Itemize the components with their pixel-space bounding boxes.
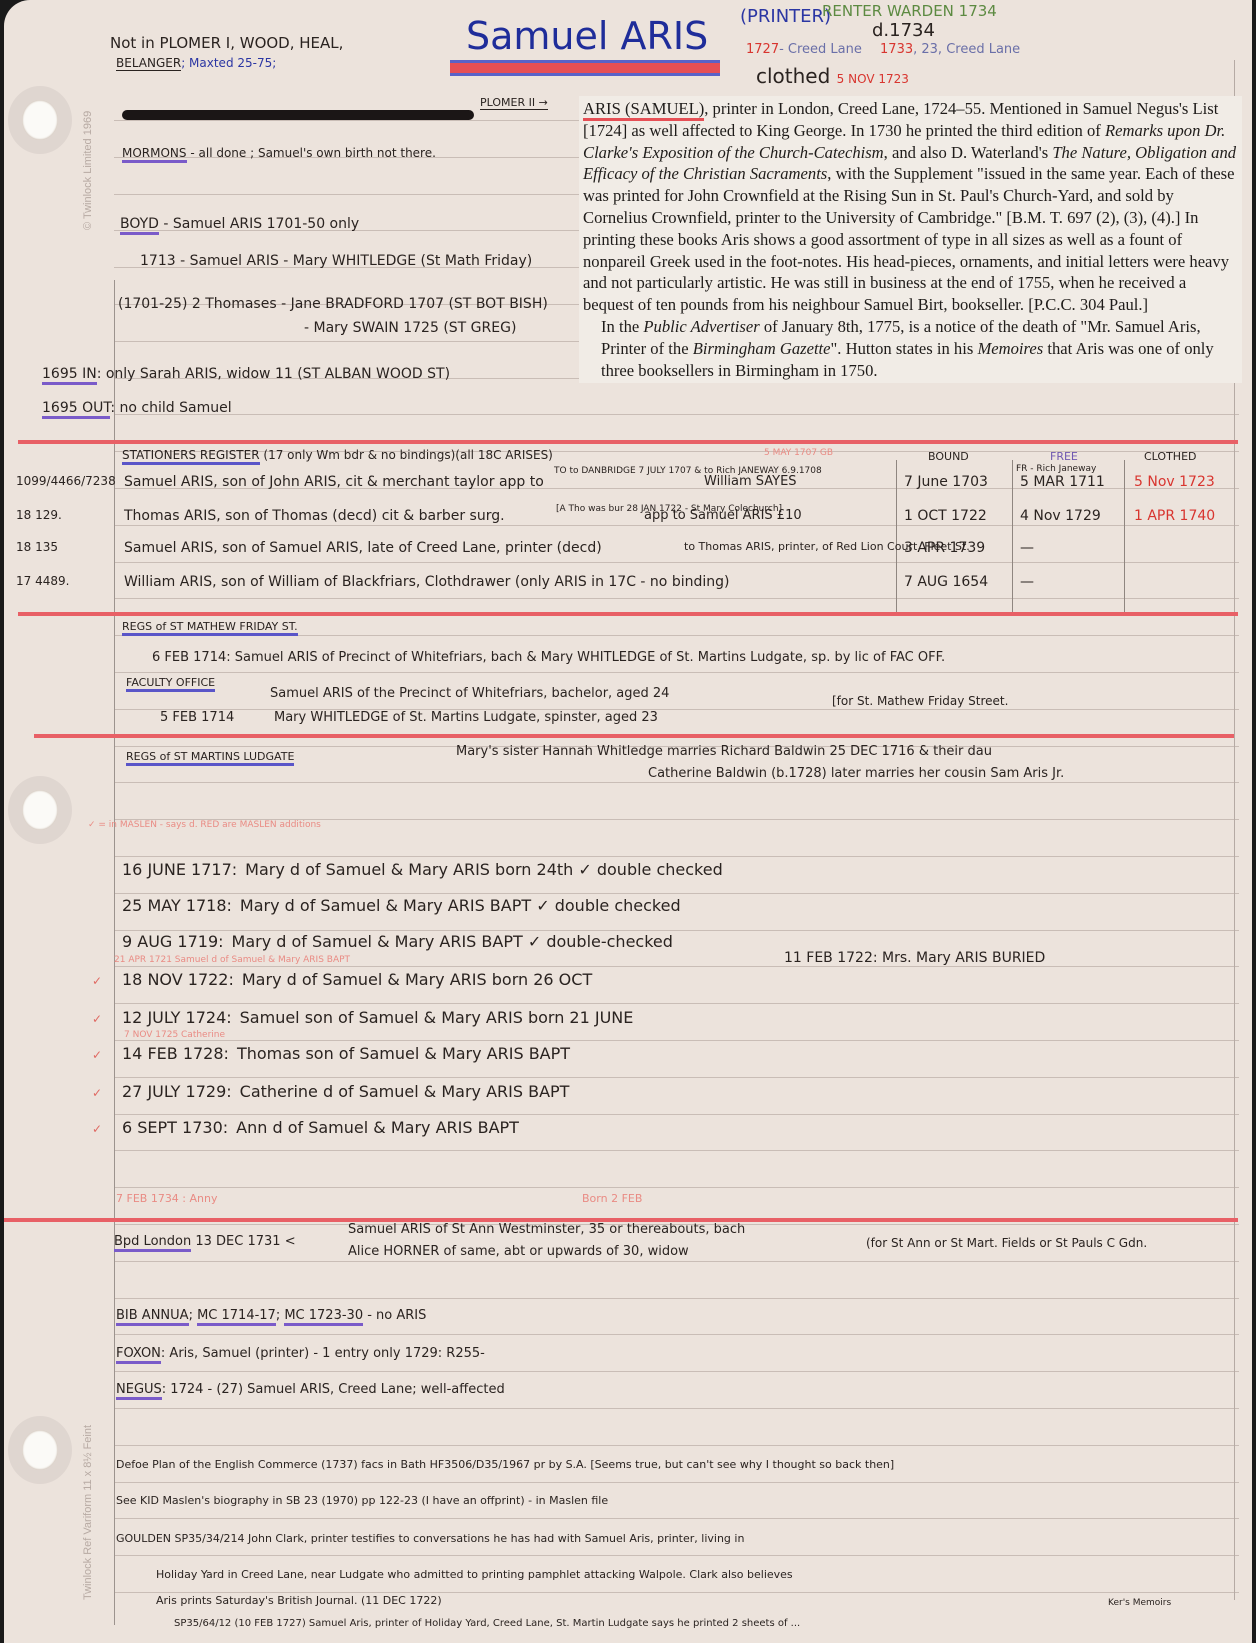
section-divider [18, 612, 1238, 616]
ruled-line [114, 1187, 1239, 1188]
baptism-date: 16 JUNE 1717: [122, 860, 237, 879]
col-free: FREE [1050, 450, 1078, 463]
maslen-note: ✓ = in MASLEN - says d. RED are MASLEN a… [88, 820, 321, 830]
ruled-line [114, 1371, 1239, 1372]
baptism-entry: 14 FEB 1728:Thomas son of Samuel & Mary … [122, 1044, 570, 1063]
baptism-text: Mary d of Samuel & Mary ARIS born 24th ✓… [245, 860, 723, 879]
red-insert-1725: 7 NOV 1725 Catherine [124, 1030, 225, 1040]
census-1695-in-label: 1695 IN [42, 366, 97, 385]
stationers-cell: William SAYES [704, 474, 797, 489]
ruled-line [114, 1482, 1239, 1483]
baptism-text: Ann d of Samuel & Mary ARIS BAPT [236, 1118, 519, 1137]
clothed-date: 5 NOV 1723 [837, 72, 909, 86]
bib-mc2: MC 1723-30 [284, 1308, 363, 1326]
address-creed-lane: - Creed Lane [779, 42, 862, 57]
baptism-entry: 25 MAY 1718:Mary d of Samuel & Mary ARIS… [122, 896, 681, 915]
punch-hole [22, 790, 58, 830]
stationers-cell: 5 MAR 1711 [1020, 474, 1105, 490]
red-footer-born: Born 2 FEB [582, 1192, 642, 1205]
ruled-line [114, 1298, 1239, 1299]
bond-note: (for St Ann or St Mart. Fields or St Pau… [866, 1236, 1147, 1250]
negus-note: : 1724 - (27) Samuel ARIS, Creed Lane; w… [162, 1382, 505, 1397]
address-year-1727: 1727 [746, 42, 779, 57]
stationers-cell: William ARIS, son of William of Blackfri… [124, 574, 729, 590]
ludgate-entry-a: Mary's sister Hannah Whitledge marries R… [456, 744, 992, 759]
col-divider [1124, 460, 1125, 612]
ruled-line [114, 562, 1239, 563]
section-divider [18, 440, 1238, 444]
baptism-date: 12 JULY 1724: [122, 1008, 232, 1027]
census-1695-out-label: 1695 OUT [42, 400, 110, 419]
ruled-line [114, 1445, 1239, 1446]
plomer-ii-ref: PLOMER II → [480, 96, 548, 110]
bond-line-2: Alice HORNER of same, abt or upwards of … [348, 1244, 689, 1259]
address-year-1733: 1733 [880, 42, 913, 57]
stationers-cell: Samuel ARIS, son of John ARIS, cit & mer… [124, 474, 544, 490]
baptism-date: 6 SEPT 1730: [122, 1118, 228, 1137]
faculty-office-heading: FACULTY OFFICE [126, 676, 215, 692]
ruled-line [114, 672, 1239, 673]
census-1695-out-note: : no child Samuel [110, 400, 231, 416]
faculty-date: 5 FEB 1714 [160, 710, 234, 725]
regs-st-mathew-heading: REGS of ST MATHEW FRIDAY ST. [122, 620, 298, 636]
ruled-line [114, 414, 1239, 415]
ruled-line [114, 782, 1239, 783]
col-bound: BOUND [928, 450, 969, 463]
bib-mc1: MC 1714-17 [197, 1308, 276, 1326]
title-highlight [450, 60, 720, 76]
red-insert-1721: 21 APR 1721 Samuel d of Samuel & Mary AR… [114, 955, 350, 965]
baptism-text: Samuel son of Samuel & Mary ARIS born 21… [240, 1008, 634, 1027]
baptism-entry: 9 AUG 1719:Mary d of Samuel & Mary ARIS … [122, 932, 673, 951]
check-mark-icon: ✓ [92, 1048, 102, 1062]
baptism-text: Catherine d of Samuel & Mary ARIS BAPT [240, 1082, 570, 1101]
stationers-cell: — [1020, 540, 1034, 556]
stationers-cell: Samuel ARIS, son of Samuel ARIS, late of… [124, 540, 602, 556]
check-mark-icon: ✓ [92, 974, 102, 988]
baptism-entry: 12 JULY 1724:Samuel son of Samuel & Mary… [122, 1008, 633, 1027]
baptism-text: Mary d of Samuel & Mary ARIS BAPT ✓ doub… [232, 932, 673, 951]
baptism-date: 27 JULY 1729: [122, 1082, 232, 1101]
boyd-line-2: 1713 - Samuel ARIS - Mary WHITLEDGE (St … [140, 253, 532, 269]
ruled-line [114, 1555, 1239, 1556]
ludgate-entry-b: Catherine Baldwin (b.1728) later marries… [648, 766, 1064, 781]
goulden-line-1: GOULDEN SP35/34/214 John Clark, printer … [116, 1532, 744, 1545]
kers-memoirs: Ker's Memoirs [1108, 1598, 1171, 1608]
free-note: FR - Rich Janeway [1016, 464, 1096, 474]
regs-st-martins-heading: REGS of ST MARTINS LUDGATE [126, 750, 294, 766]
bond-label: Bpd London [114, 1234, 191, 1252]
punch-hole [22, 1430, 58, 1470]
goulden-line-2: Holiday Yard in Creed Lane, near Ludgate… [156, 1568, 793, 1581]
stationers-cell: — [1020, 574, 1034, 590]
bond-date: 13 DEC 1731 [195, 1234, 280, 1249]
punch-hole [22, 100, 58, 140]
baptism-date: 25 MAY 1718: [122, 896, 232, 915]
baptism-entry: 6 SEPT 1730:Ann d of Samuel & Mary ARIS … [122, 1118, 519, 1137]
col-divider [1012, 460, 1013, 612]
bib-annua-label: BIB ANNUA [116, 1308, 189, 1326]
maslen-bio-note: See KID Maslen's biography in SB 23 (197… [116, 1494, 608, 1507]
boyd-label: BOYD [120, 216, 159, 235]
maxted-ref: ; Maxted 25-75; [181, 56, 276, 70]
baptism-entry: 18 NOV 1722:Mary d of Samuel & Mary ARIS… [122, 970, 592, 989]
foxon-note: : Aris, Samuel (printer) - 1 entry only … [161, 1346, 485, 1361]
ruled-line [114, 1408, 1239, 1409]
check-mark-icon: ✓ [92, 1012, 102, 1026]
copyright-stamp: © Twinlock Limited 1969 [82, 111, 94, 230]
goulden-line-3: Aris prints Saturday's British Journal. … [156, 1594, 442, 1607]
stationers-cell: 5 Nov 1723 [1134, 474, 1215, 490]
col-clothed: CLOTHED [1144, 450, 1197, 463]
ruled-line [114, 1077, 1239, 1078]
stationers-cell: 17 4489. [16, 574, 69, 588]
clipping-head: ARIS (SAMUEL) [583, 99, 704, 121]
ruled-line [114, 1040, 1239, 1041]
marriage-entry-1: 6 FEB 1714: Samuel ARIS of Precinct of W… [152, 650, 945, 665]
census-1695-in-note: : only Sarah ARIS, widow 11 (ST ALBAN WO… [97, 366, 450, 382]
baptism-text: Mary d of Samuel & Mary ARIS BAPT ✓ doub… [240, 896, 681, 915]
faculty-entry-a: Samuel ARIS of the Precinct of Whitefria… [270, 686, 669, 701]
stationers-cell: 1099/4466/7238 [16, 474, 116, 488]
mormons-note: - all done ; Samuel's own birth not ther… [190, 146, 436, 160]
baptism-text: Thomas son of Samuel & Mary ARIS BAPT [237, 1044, 570, 1063]
occupation-label: (PRINTER) [740, 6, 831, 27]
redacted-line [122, 110, 474, 120]
check-mark-icon: ✓ [92, 1086, 102, 1100]
address-23-creed-lane: , 23, Creed Lane [913, 42, 1020, 57]
boyd-line-1: - Samuel ARIS 1701-50 only [163, 216, 359, 232]
plomer-clipping: ARIS (SAMUEL), printer in London, Creed … [579, 96, 1242, 383]
boyd-line-4: - Mary SWAIN 1725 (ST GREG) [304, 320, 516, 336]
faculty-note: [for St. Mathew Friday Street. [832, 694, 1008, 708]
boyd-line-3: (1701-25) 2 Thomases - Jane BRADFORD 170… [118, 296, 548, 312]
bond-line-1: Samuel ARIS of St Ann Westminster, 35 or… [348, 1222, 745, 1237]
stationers-cell: 18 135 [16, 540, 58, 554]
defoe-note: Defoe Plan of the English Commerce (1737… [116, 1458, 894, 1471]
row2-note: [A Tho was bur 28 JAN 1722 - St Mary Col… [556, 504, 782, 514]
burial-entry: 11 FEB 1722: Mrs. Mary ARIS BURIED [784, 950, 1045, 966]
stationers-cell: Thomas ARIS, son of Thomas (decd) cit & … [124, 508, 505, 524]
ruled-line [114, 893, 1239, 894]
ruled-line [114, 1261, 1239, 1262]
stationers-heading-note: (17 only Wm bdr & no bindings)(all 18C A… [263, 448, 552, 462]
check-mark-icon: ✓ [92, 1122, 102, 1136]
baptism-date: 9 AUG 1719: [122, 932, 224, 951]
stationers-cell: 3 APR 1739 [904, 540, 985, 556]
baptism-date: 14 FEB 1728: [122, 1044, 229, 1063]
index-card: © Twinlock Limited 1969 Twinlock Ref Var… [4, 0, 1252, 1643]
baptism-entry: 27 JULY 1729:Catherine d of Samuel & Mar… [122, 1082, 569, 1101]
col-divider [896, 460, 897, 612]
baptism-entry: 16 JUNE 1717:Mary d of Samuel & Mary ARI… [122, 860, 723, 879]
baptism-text: Mary d of Samuel & Mary ARIS born 26 OCT [242, 970, 592, 989]
ruled-line [114, 930, 1239, 931]
ruled-line [114, 856, 1239, 857]
not-in-note-line1: Not in PLOMER I, WOOD, HEAL, [110, 34, 343, 52]
goulden-line-4: SP35/64/12 (10 FEB 1727) Samuel Aris, pr… [174, 1618, 800, 1629]
stationers-cell: 18 129. [16, 508, 62, 522]
foxon-label: FOXON [116, 1346, 161, 1364]
stationers-cell: 4 Nov 1729 [1020, 508, 1101, 524]
baptism-date: 18 NOV 1722: [122, 970, 234, 989]
ruled-line [114, 1003, 1239, 1004]
page-title: Samuel ARIS [466, 14, 708, 58]
stationers-heading: STATIONERS REGISTER [122, 448, 260, 465]
ruled-line [114, 966, 1239, 967]
faculty-entry-b: Mary WHITLEDGE of St. Martins Ludgate, s… [274, 710, 658, 725]
ruled-line [114, 525, 1239, 526]
ruled-line [114, 1114, 1239, 1115]
stationers-red-note: 5 MAY 1707 GB [764, 448, 833, 458]
stationers-cell: 7 AUG 1654 [904, 574, 988, 590]
renter-warden-note: RENTER WARDEN 1734 [822, 2, 997, 20]
stationers-cell: 7 June 1703 [904, 474, 988, 490]
ruled-line [114, 1334, 1239, 1335]
mormons-label: MORMONS [122, 146, 187, 163]
negus-label: NEGUS [116, 1382, 162, 1400]
ruled-line [114, 598, 1239, 599]
form-stamp: Twinlock Ref Variform 11 x 8½ Feint [82, 1425, 94, 1600]
ruled-line [114, 1592, 1239, 1593]
red-footer-ann: 7 FEB 1734 : Anny [116, 1192, 218, 1205]
clothed-label: clothed [756, 64, 830, 88]
bib-note: - no ARIS [367, 1308, 426, 1323]
stationers-cell: 1 APR 1740 [1134, 508, 1215, 524]
belanger-ref: BELANGER [116, 56, 181, 71]
ruled-line [114, 1150, 1239, 1151]
stationers-cell: 1 OCT 1722 [904, 508, 987, 524]
section-divider [34, 734, 1234, 738]
death-year: d.1734 [872, 20, 935, 41]
ruled-line [114, 1518, 1239, 1519]
